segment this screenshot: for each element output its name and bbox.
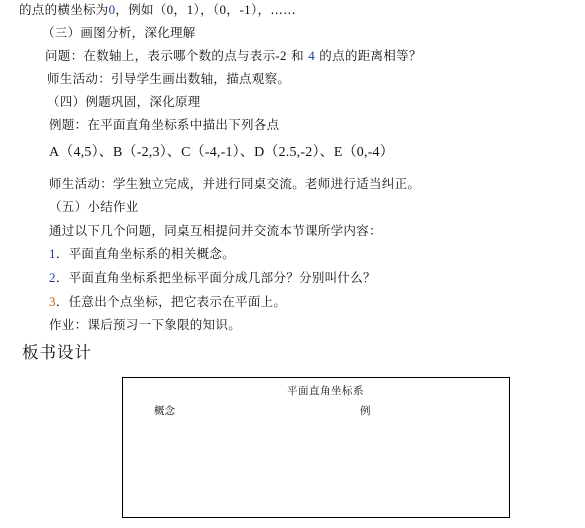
text: ），……	[251, 2, 296, 17]
list-number: 1	[49, 246, 56, 261]
board-design-heading: 板书设计	[22, 343, 92, 363]
text: 问题：在数轴上，表示哪个数的点与表示	[45, 48, 275, 63]
number: 4	[308, 48, 315, 63]
text: ．任意出个点坐标，把它表示在平面上。	[56, 294, 286, 309]
text: ，例如（	[115, 2, 166, 17]
section-5-title: （五）小结作业	[49, 199, 139, 215]
board-design-box: 平面直角坐标系 概念 例	[122, 377, 510, 518]
teacher-student-activity-2: 师生活动：学生独立完成，并进行同桌交流。老师进行适当纠正。	[49, 176, 420, 192]
list-number: 2	[49, 270, 56, 285]
text: ．平面直角坐标系把坐标平面分成几部分？分别叫什么？	[56, 270, 376, 285]
list-number: 3	[49, 294, 56, 309]
text: ），（	[194, 2, 220, 17]
summary-question-2: 2．平面直角坐标系把坐标平面分成几部分？分别叫什么？	[49, 270, 376, 286]
section-3-title: （三）画图分析，深化理解	[42, 25, 196, 41]
text: ．平面直角坐标系的相关概念。	[56, 246, 235, 261]
teacher-student-activity-1: 师生活动：引导学生画出数轴，描点观察。	[47, 71, 290, 87]
board-column-example: 例	[360, 404, 371, 418]
text: 的点的横坐标为	[19, 2, 109, 17]
question-paragraph: 问题：在数轴上，表示哪个数的点与表示-2 和 4 的点的距离相等？	[45, 48, 422, 64]
summary-question-3: 3．任意出个点坐标，把它表示在平面上。	[49, 294, 286, 310]
coordinate: 0，1	[167, 2, 194, 17]
summary-intro: 通过以下几个问题，同桌互相提问并交流本节课所学内容：	[49, 223, 382, 239]
board-column-concept: 概念	[154, 404, 175, 418]
coordinate: 0，-1	[219, 2, 251, 17]
points-list: A（4,5）、B（-2,3）、C（-4,-1）、D（2.5,-2）、E（0,-4…	[49, 144, 394, 162]
homework: 作业：课后预习一下象限的知识。	[49, 317, 241, 333]
number: -2	[275, 48, 286, 63]
text: 的点的距离相等？	[315, 48, 422, 63]
summary-question-1: 1．平面直角坐标系的相关概念。	[49, 246, 235, 262]
example-paragraph: 例题：在平面直角坐标系中描出下列各点	[49, 117, 279, 133]
section-4-title: （四）例题巩固，深化原理	[47, 94, 201, 110]
paragraph-y-axis-note: 的点的横坐标为0，例如（0，1），（0，-1），……	[19, 2, 296, 18]
text: 和	[287, 48, 308, 63]
board-title: 平面直角坐标系	[287, 384, 364, 398]
